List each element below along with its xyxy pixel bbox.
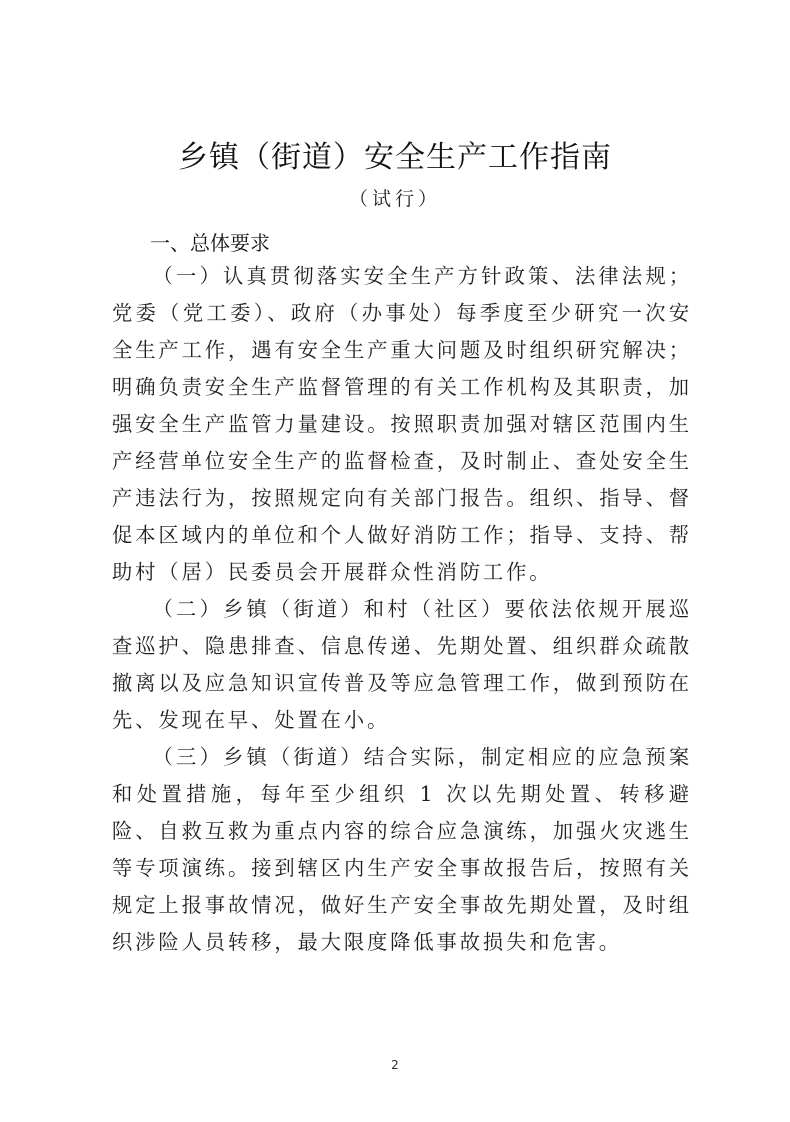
document-title: 乡镇（街道）安全生产工作指南 — [0, 138, 790, 178]
document-page: 乡镇（街道）安全生产工作指南 （试行） 一、总体要求 （一）认真贯彻落实安全生产… — [0, 0, 790, 1122]
page-number: 2 — [0, 1058, 790, 1072]
paragraph-1: （一）认真贯彻落实安全生产方针政策、法律法规；党委（党工委）、政府（办事处）每季… — [112, 258, 692, 591]
body-text: （一）认真贯彻落实安全生产方针政策、法律法规；党委（党工委）、政府（办事处）每季… — [112, 258, 692, 961]
paragraph-3: （三）乡镇（街道）结合实际，制定相应的应急预案和处置措施，每年至少组织 1 次以… — [112, 739, 692, 961]
document-subtitle: （试行） — [0, 186, 790, 212]
paragraph-2: （二）乡镇（街道）和村（社区）要依法依规开展巡查巡护、隐患排查、信息传递、先期处… — [112, 591, 692, 739]
section-heading: 一、总体要求 — [150, 228, 270, 258]
